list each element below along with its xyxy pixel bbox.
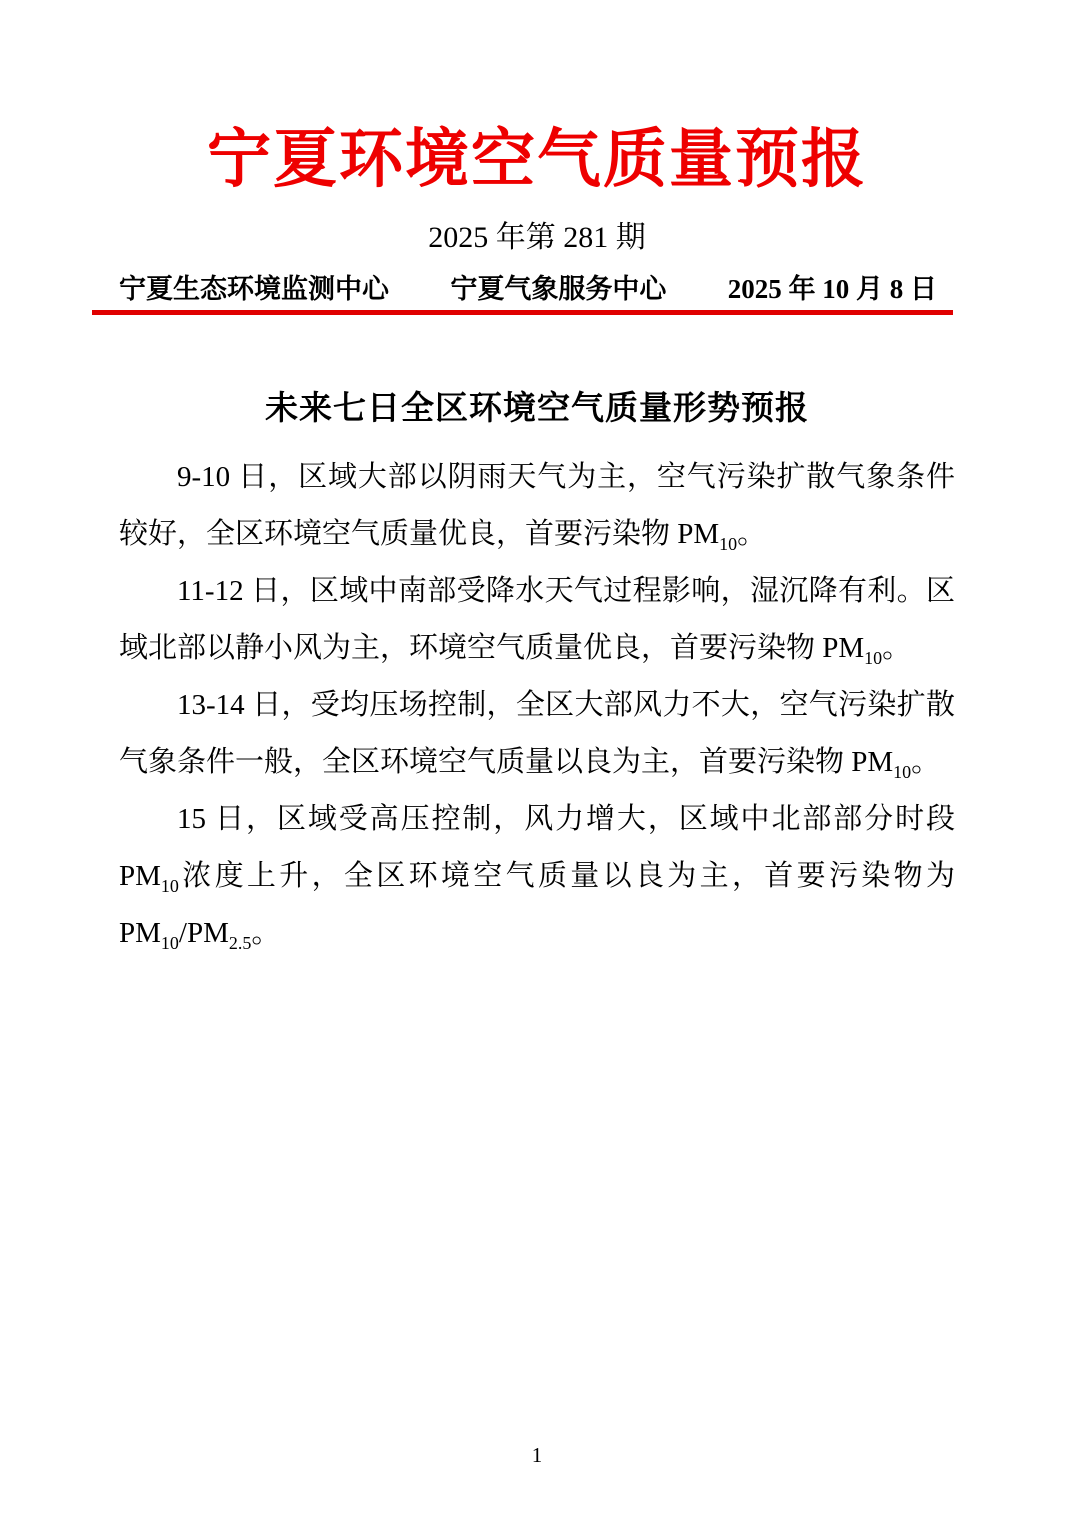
document-title: 宁夏环境空气质量预报: [119, 0, 955, 208]
forecast-paragraph-4: 15 日，区域受高压控制，风力增大，区域中北部部分时段 PM10浓度上升，全区环…: [119, 791, 955, 962]
forecast-paragraph-1: 9-10 日，区域大部以阴雨天气为主，空气污染扩散气象条件较好，全区环境空气质量…: [119, 449, 955, 563]
issue-date: 2025 年 10 月 8 日: [728, 272, 937, 306]
header-rule: [92, 310, 953, 315]
issuer-org-left: 宁夏生态环境监测中心: [119, 272, 389, 306]
issuer-row: 宁夏生态环境监测中心 宁夏气象服务中心 2025 年 10 月 8 日: [119, 272, 955, 306]
issuer-org-center: 宁夏气象服务中心: [450, 272, 666, 306]
section-title: 未来七日全区环境空气质量形势预报: [119, 387, 955, 429]
forecast-body: 9-10 日，区域大部以阴雨天气为主，空气污染扩散气象条件较好，全区环境空气质量…: [119, 449, 955, 962]
forecast-paragraph-2: 11-12 日，区域中南部受降水天气过程影响，湿沉降有利。区域北部以静小风为主，…: [119, 563, 955, 677]
issue-number: 2025 年第 281 期: [119, 220, 955, 256]
document-page: 宁夏环境空气质量预报 2025 年第 281 期 宁夏生态环境监测中心 宁夏气象…: [0, 0, 1074, 1520]
forecast-paragraph-3: 13-14 日，受均压场控制，全区大部风力不大，空气污染扩散气象条件一般，全区环…: [119, 677, 955, 791]
page-number: 1: [0, 1442, 1074, 1468]
